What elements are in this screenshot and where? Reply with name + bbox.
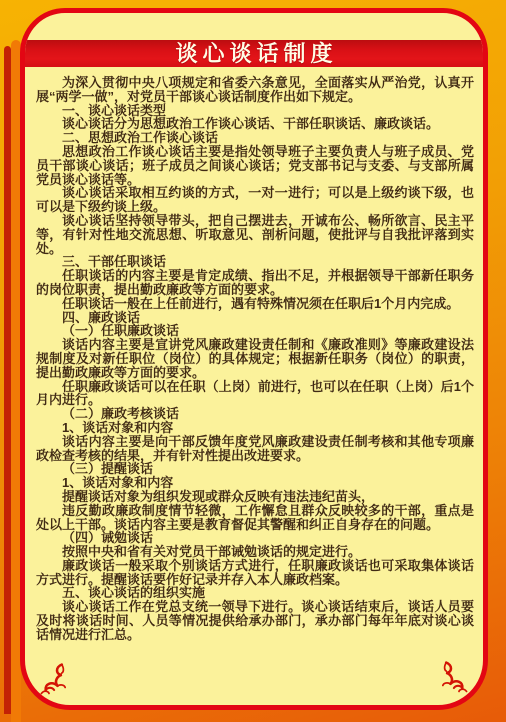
body-paragraph: 四、廉政谈话 — [36, 311, 474, 325]
body-paragraph: （一）任职廉政谈话 — [36, 324, 474, 338]
body-paragraph: （三）提醒谈话 — [36, 462, 474, 476]
body-paragraph: 谈话内容主要是向干部反馈年度党风廉政建设责任制考核和其他专项廉政检查考核的结果，… — [36, 435, 474, 463]
body-paragraph: 按照中央和省有关对党员干部诫勉谈话的规定进行。 — [36, 545, 474, 559]
body-paragraph: 谈心谈话工作在党总支统一领导下进行。谈心谈话结束后，谈话人员要及时将谈话时间、人… — [36, 600, 474, 641]
body-paragraph: 违反勤政廉政制度情节轻微，工作懈怠且群众反映较多的干部，重点是处以上干部。谈话内… — [36, 504, 474, 532]
body-paragraph: 任职谈话的内容主要是肯定成绩、指出不足，并根据领导干部新任职务的岗位职责，提出勤… — [36, 269, 474, 297]
body-paragraph: 提醒谈话对象为组织发现或群众反映有违法违纪苗头， — [36, 490, 474, 504]
body-paragraph: 一、谈心谈话类型 — [36, 104, 474, 118]
body-paragraph: 任职谈话一般在上任前进行，遇有特殊情况须在任职后1个月内完成。 — [36, 297, 474, 311]
body-paragraph: 1、谈话对象和内容 — [36, 421, 474, 435]
body-paragraph: 为深入贯彻中央八项规定和省委六条意见，全面落实从严治党，认真开展“两学一做”，对… — [36, 76, 474, 104]
floral-flourish-left-icon — [38, 662, 72, 696]
body-paragraph: 五、谈心谈话的组织实施 — [36, 586, 474, 600]
body-paragraph: 任职廉政谈话可以在任职（上岗）前进行，也可以在任职（上岗）后1个月内进行。 — [36, 380, 474, 408]
body-paragraph: 思想政治工作谈心谈话主要是指处领导班子主要负责人与班子成员、党员干部谈心谈话；班… — [36, 145, 474, 186]
poster-panel: 谈心谈话制度 为深入贯彻中央八项规定和省委六条意见，全面落实从严治党，认真开展“… — [20, 8, 488, 710]
poster-page: { "poster": { "title": "谈心谈话制度", "paragr… — [0, 0, 506, 722]
spine-stripe-dark — [4, 46, 11, 714]
body-paragraph: 谈心谈话采取相互约谈的方式，一对一进行；可以是上级约谈下级，也可以是下级约谈上级… — [36, 186, 474, 214]
page-title: 谈心谈话制度 — [170, 40, 337, 67]
body-paragraph: 谈心谈话分为思想政治工作谈心谈话、干部任职谈话、廉政谈话。 — [36, 117, 474, 131]
body-paragraph: （二）廉政考核谈话 — [36, 407, 474, 421]
body-paragraph: 三、干部任职谈话 — [36, 255, 474, 269]
body-text: 为深入贯彻中央八项规定和省委六条意见，全面落实从严治党，认真开展“两学一做”，对… — [36, 76, 474, 642]
body-paragraph: 谈心谈话坚持领导带头，把自己摆进去，开诚布公、畅所欲言、民主平等，有针对性地交流… — [36, 214, 474, 255]
title-banner: 谈心谈话制度 — [25, 40, 483, 67]
body-paragraph: 廉政谈话一般采取个别谈话方式进行，任职廉政谈话也可采取集体谈话方式进行。提醒谈话… — [36, 559, 474, 587]
floral-flourish-right-icon — [436, 660, 470, 694]
body-paragraph: 二、思想政治工作谈心谈话 — [36, 131, 474, 145]
body-paragraph: 谈话内容主要是宣讲党风廉政建设责任制和《廉政准则》等廉政建设法规制度及对新任职位… — [36, 338, 474, 379]
body-paragraph: 1、谈话对象和内容 — [36, 476, 474, 490]
body-paragraph: （四）诫勉谈话 — [36, 531, 474, 545]
